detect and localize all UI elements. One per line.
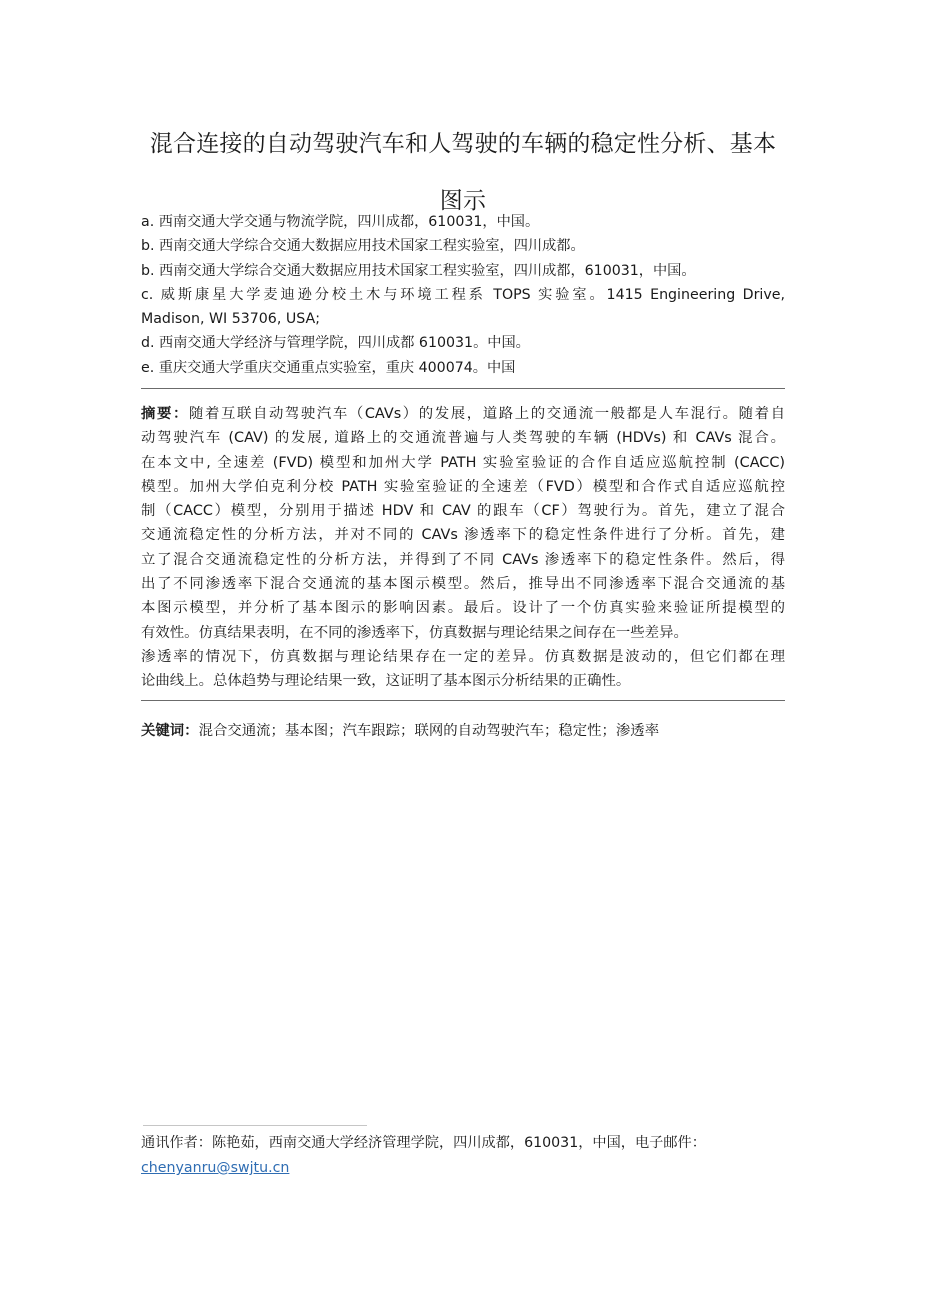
footnote-separator: [143, 1125, 367, 1126]
affiliation-b1: b. 西南交通大学综合交通大数据应用技术国家工程实验室，四川成都。: [141, 234, 785, 258]
affiliation-e: e. 重庆交通大学重庆交通重点实验室，重庆 400074。中国: [141, 356, 785, 380]
abstract-line: 有效性。仿真结果表明，在不同的渗透率下，仿真数据与理论结果之间存在一些差异。: [141, 621, 785, 645]
corresponding-author: 通讯作者：陈艳茹，西南交通大学经济管理学院，四川成都，610031，中国，电子邮…: [141, 1131, 785, 1156]
affiliation-c-cont: Madison, WI 53706, USA;: [141, 307, 785, 331]
keywords-label: 关键词：: [141, 723, 199, 739]
keywords: 关键词：混合交通流；基本图；汽车跟踪；联网的自动驾驶汽车；稳定性；渗透率: [141, 719, 659, 743]
abstract-line: 出了不同渗透率下混合交通流的基本图示模型。然后，推导出不同渗透率下混合交通流的基: [141, 572, 785, 596]
affiliation-a: a. 西南交通大学交通与物流学院，四川成都，610031，中国。: [141, 210, 785, 234]
affiliation-c: c. 威斯康星大学麦迪逊分校土木与环境工程系 TOPS 实验室。1415 Eng…: [141, 283, 785, 307]
divider-top: [141, 388, 785, 389]
abstract: 摘要：随着互联自动驾驶汽车（CAVs）的发展，道路上的交通流一般都是人车混行。随…: [141, 402, 785, 694]
abstract-line: 交通流稳定性的分析方法，并对不同的 CAVs 渗透率下的稳定性条件进行了分析。首…: [141, 523, 785, 547]
abstract-line: 本图示模型，并分析了基本图示的影响因素。最后。设计了一个仿真实验来验证所提模型的: [141, 596, 785, 620]
affiliation-d: d. 西南交通大学经济与管理学院，四川成都 610031。中国。: [141, 331, 785, 355]
abstract-line: 在本文中, 全速差 (FVD) 模型和加州大学 PATH 实验室验证的合作自适应…: [141, 451, 785, 475]
email-link[interactable]: chenyanru@swjtu.cn: [141, 1160, 289, 1176]
abstract-line: 模型。加州大学伯克利分校 PATH 实验室验证的全速差（FVD）模型和合作式自适…: [141, 475, 785, 499]
keywords-text: 混合交通流；基本图；汽车跟踪；联网的自动驾驶汽车；稳定性；渗透率: [199, 723, 660, 739]
abstract-line: 制（CACC）模型，分别用于描述 HDV 和 CAV 的跟车（CF）驾驶行为。首…: [141, 499, 785, 523]
affiliation-b2: b. 西南交通大学综合交通大数据应用技术国家工程实验室，四川成都，610031，…: [141, 259, 785, 283]
divider-bottom: [141, 700, 785, 701]
footnote: 通讯作者：陈艳茹，西南交通大学经济管理学院，四川成都，610031，中国，电子邮…: [141, 1131, 785, 1181]
abstract-label: 摘要：: [141, 406, 189, 422]
abstract-line: 渗透率的情况下，仿真数据与理论结果存在一定的差异。仿真数据是波动的，但它们都在理: [141, 645, 785, 669]
title-line-1: 混合连接的自动驾驶汽车和人驾驶的车辆的稳定性分析、基本: [141, 116, 785, 173]
affiliations-list: a. 西南交通大学交通与物流学院，四川成都，610031，中国。 b. 西南交通…: [141, 210, 785, 380]
abstract-line: 立了混合交通流稳定性的分析方法，并得到了不同 CAVs 渗透率下的稳定性条件。然…: [141, 548, 785, 572]
abstract-line: 论曲线上。总体趋势与理论结果一致，这证明了基本图示分析结果的正确性。: [141, 669, 785, 693]
abstract-line: 摘要：随着互联自动驾驶汽车（CAVs）的发展，道路上的交通流一般都是人车混行。随…: [141, 402, 785, 426]
abstract-line: 动驾驶汽车 (CAV) 的发展, 道路上的交通流普遍与人类驾驶的车辆 (HDVs…: [141, 426, 785, 450]
